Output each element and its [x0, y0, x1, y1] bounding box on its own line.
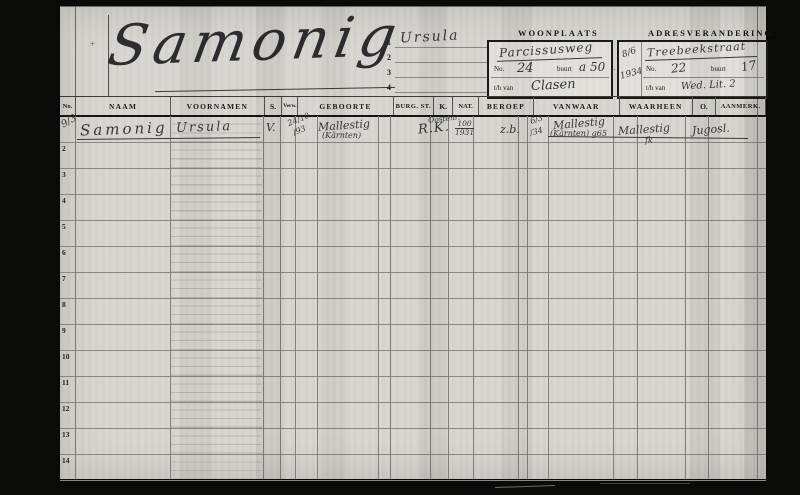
- rule-line: [395, 62, 487, 63]
- column-divider: [263, 116, 264, 479]
- column-divider: [685, 116, 686, 479]
- col-aanmerk: AANMERK.: [716, 97, 766, 115]
- rule-line: [395, 92, 487, 93]
- adres-buurt: 17: [740, 58, 757, 74]
- woonplaats-no: 24: [517, 61, 534, 76]
- col-o: O.: [693, 97, 717, 115]
- col-geboorte: GEBOORTE: [298, 97, 393, 115]
- column-divider: [378, 116, 379, 479]
- column-divider: [637, 116, 638, 479]
- woonplaats-box: Parcissusweg No. 24 buurt a 50 t/h van C…: [487, 40, 613, 99]
- scanned-register-card: Samonig + 1 2 3 4 Ursula WOONPLAATS Parc…: [0, 0, 800, 495]
- column-divider: [527, 116, 528, 479]
- entry-nat-nummer-onder: 1931: [455, 128, 474, 137]
- th-label: t/h van: [646, 84, 665, 92]
- column-divider: [757, 116, 758, 479]
- entry-voornamen: Ursula: [176, 119, 233, 136]
- adres-title: ADRESVERANDERING: [648, 28, 773, 38]
- col-burg-st: BURG. ST.: [394, 97, 435, 115]
- entry-aanmerking: Jugosl.: [692, 122, 731, 138]
- col-beroep: BEROEP: [479, 97, 534, 115]
- woonplaats-title: WOONPLAATS: [518, 28, 599, 38]
- column-divider: [708, 116, 709, 479]
- column-divider: [548, 116, 549, 479]
- no-label: No.: [646, 65, 656, 73]
- col-vanwaar: VANWAAR: [534, 97, 620, 115]
- box-divider: [641, 42, 642, 97]
- column-divider: [448, 116, 449, 479]
- column-divider: [518, 116, 519, 479]
- given-name-handwritten: Ursula: [400, 27, 460, 46]
- line-number: 2: [387, 53, 391, 62]
- line-number: 1: [387, 38, 391, 47]
- column-divider: [75, 116, 76, 479]
- entry-waarheen-sub: fk: [645, 136, 653, 145]
- column-divider: [170, 116, 171, 479]
- column-divider: [613, 116, 614, 479]
- rule-line: [643, 77, 764, 78]
- rule-line: [395, 77, 487, 78]
- adres-no: 22: [670, 60, 687, 76]
- register-card: Samonig + 1 2 3 4 Ursula WOONPLAATS Parc…: [60, 6, 766, 479]
- entry-geb-plaats-sub: (Kärnten): [322, 131, 361, 140]
- scan-scratch: [495, 485, 555, 488]
- column-divider: [390, 116, 391, 479]
- col-verw: Verw.: [282, 97, 298, 115]
- buurt-label: buurt: [557, 65, 572, 73]
- pencil-mark: +: [90, 39, 95, 49]
- col-s: S.: [265, 97, 283, 115]
- entry-beroep: z.b.: [500, 123, 520, 136]
- column-divider: [430, 116, 431, 479]
- scan-scratch: [600, 483, 690, 484]
- table-body: 234567891011121314 9/3 Samonig Ursula V.…: [60, 116, 766, 479]
- woonplaats-landlord: Clasen: [531, 77, 576, 94]
- table-grid-lines: [60, 116, 766, 479]
- line-number: 3: [387, 68, 391, 77]
- entry-nat-nummer: 100 1931: [455, 120, 474, 136]
- entry-naam: Samonig: [80, 118, 168, 139]
- rule-line: [395, 47, 487, 48]
- adres-date-day: 8/6: [621, 46, 638, 60]
- column-divider: [473, 116, 474, 479]
- no-label: No.: [494, 65, 504, 73]
- line-number: 4: [387, 83, 391, 92]
- adres-landlord: Wed. Lit. 2: [681, 79, 736, 93]
- column-divider: [317, 116, 318, 479]
- column-divider: [280, 116, 281, 479]
- col-voornamen: VOORNAMEN: [171, 97, 264, 115]
- buurt-label: buurt: [711, 65, 726, 73]
- entry-number: 1.: [610, 64, 615, 72]
- woonplaats-buurt: a 50: [579, 60, 605, 74]
- surname-handwritten: Samonig: [103, 4, 407, 79]
- col-naam: NAAM: [76, 97, 171, 115]
- th-label: t/h van: [494, 84, 513, 92]
- col-waarheen: WAARHEEN: [620, 97, 692, 115]
- column-divider: [295, 116, 296, 479]
- entry-s: V.: [266, 121, 276, 134]
- adres-box: 1. 8/6 1934 Treebeekstraat No. 22 buurt …: [617, 40, 768, 99]
- table-header: No. NAAM VOORNAMEN S. Verw. GEBOORTE BUR…: [60, 96, 766, 117]
